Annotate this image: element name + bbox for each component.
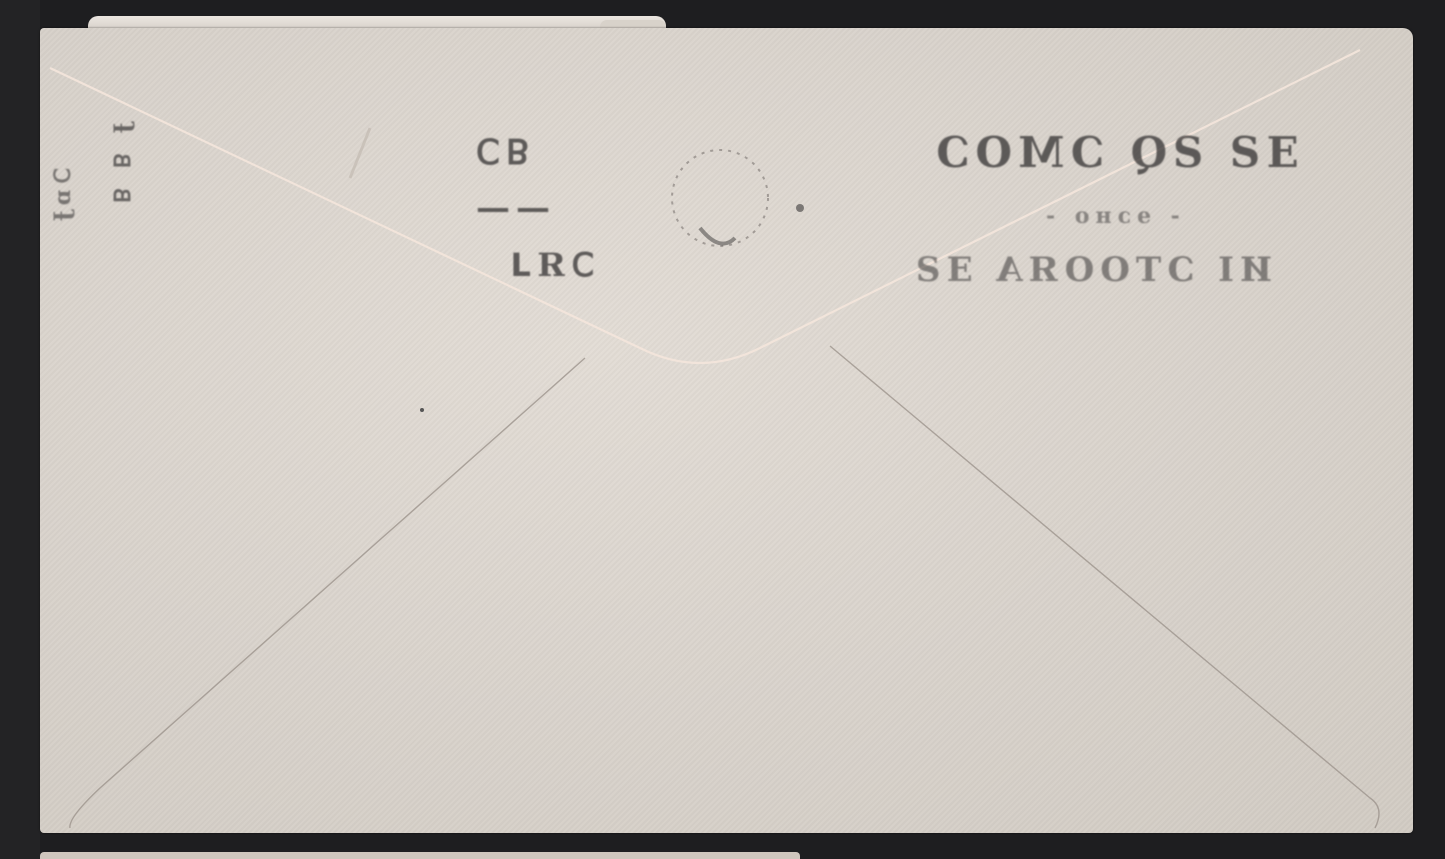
postmark-center-line2: —— — [470, 188, 550, 228]
background-left-edge — [0, 0, 40, 859]
postmark-center-line1: ꓭꓛ — [470, 133, 529, 173]
postmark-left-col2: Ɉ ꓭ ꓭ — [110, 123, 136, 209]
postmark-left-col1: ꓛɒɈ — [50, 168, 76, 227]
postmark-right-line3: ИI ƆTOOЯA ƎƧ — [910, 250, 1272, 290]
next-envelope-edge — [40, 852, 800, 859]
postmark-right-line1: ƎƧ ƧQ ƆMOƆ — [930, 128, 1298, 177]
circular-date-stamp — [660, 128, 860, 328]
envelope-back: ƎƧ ƧQ ƆMOƆ - ɘɔʜo - ИI ƆTOOЯA ƎƧ ꓭꓛ —— ꓛ… — [40, 28, 1413, 833]
postmark-center-line3: ꓛЯ⅃ — [505, 246, 594, 284]
postmark-right-line2: - ɘɔʜo - — [1040, 203, 1180, 229]
